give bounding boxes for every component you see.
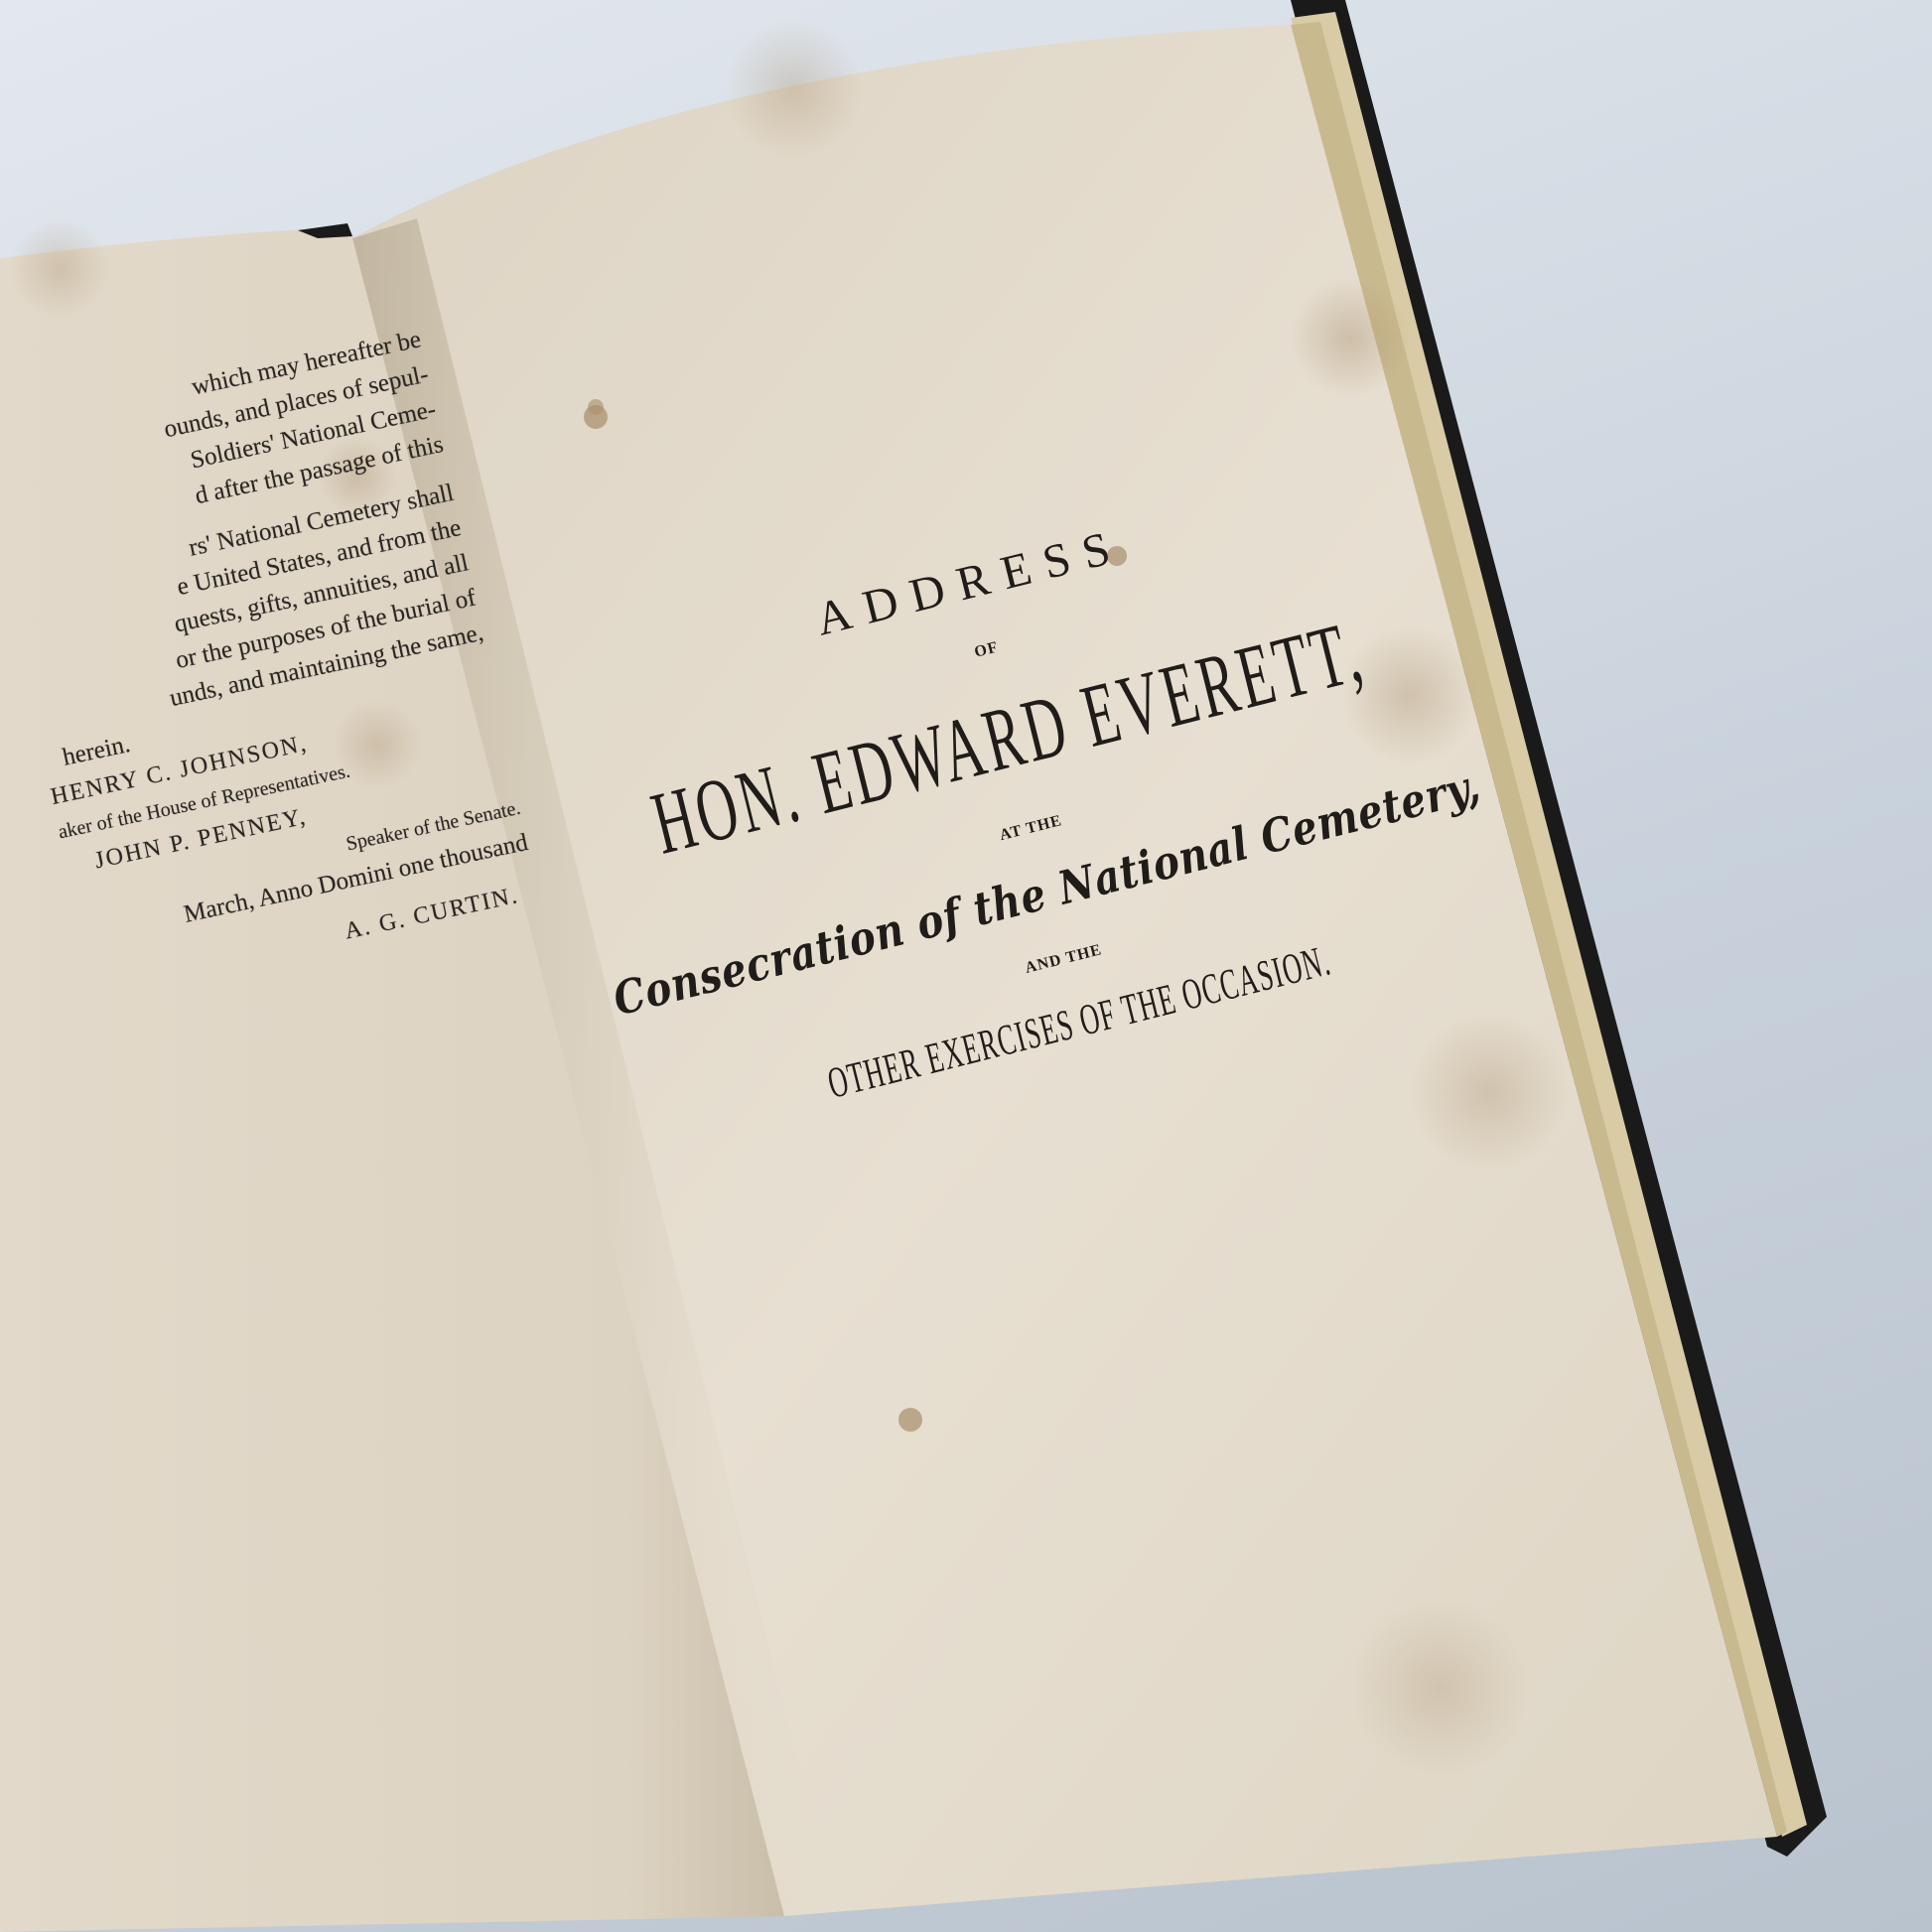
photo-scene: which may hereafter be ounds, and places… <box>0 0 1932 1932</box>
